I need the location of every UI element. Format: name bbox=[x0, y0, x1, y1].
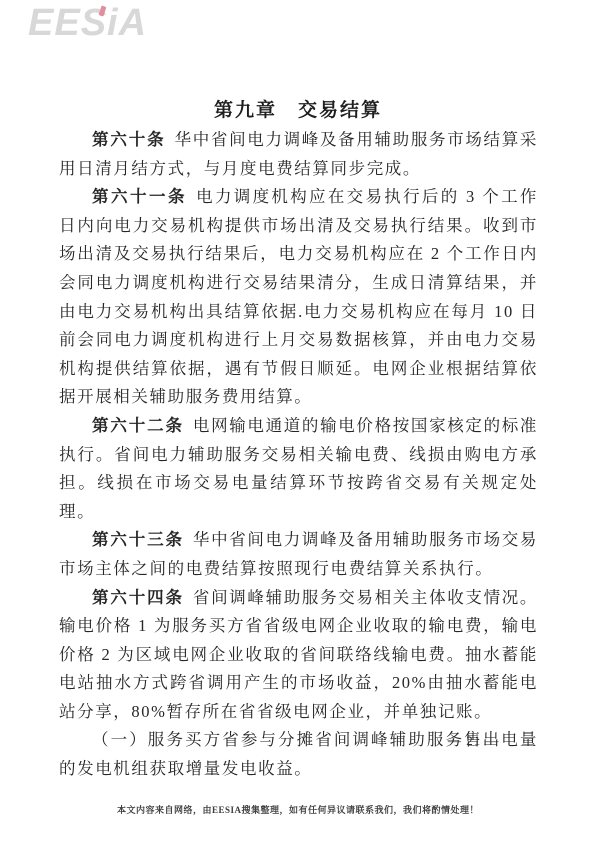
article-text: 电力调度机构应在交易执行后的 3 个工作日内向电力交易机构提供市场出清及交易执行… bbox=[59, 187, 538, 406]
article-lead: 第六十二条 bbox=[92, 416, 184, 435]
article-paragraph: 第六十一条电力调度机构应在交易执行后的 3 个工作日内向电力交易机构提供市场出清… bbox=[59, 183, 538, 412]
article-paragraph: 第六十四条省间调峰辅助服务交易相关主体收支情况。输电价格 1 为服务买方省省级电… bbox=[59, 584, 538, 727]
article-lead: 第六十条 bbox=[92, 130, 166, 149]
document-page: EESiA 第九章 交易结算 第六十条华中省间电力调峰及备用辅助服务市场结算采用… bbox=[0, 0, 596, 842]
article-paragraph: 第六十二条电网输电通道的输电价格按国家核定的标准执行。省间电力辅助服务交易相关输… bbox=[59, 412, 538, 526]
article-paragraph: 第六十三条华中省间电力调峰及备用辅助服务市场交易市场主体之间的电费结算按照现行电… bbox=[59, 526, 538, 583]
page-number: — 21 — bbox=[448, 733, 500, 749]
article-lead: 第六十一条 bbox=[92, 187, 187, 206]
article-lead: 第六十三条 bbox=[92, 530, 184, 549]
eesia-logo-text: EESiA bbox=[28, 2, 147, 44]
article-paragraph: 第六十条华中省间电力调峰及备用辅助服务市场结算采用日清月结方式，与月度电费结算同… bbox=[59, 126, 538, 183]
chapter-heading: 第九章 交易结算 bbox=[0, 95, 596, 122]
article-text: 省间调峰辅助服务交易相关主体收支情况。输电价格 1 为服务买方省省级电网企业收取… bbox=[59, 588, 538, 721]
eesia-watermark-logo: EESiA bbox=[28, 2, 147, 45]
article-lead: 第六十四条 bbox=[92, 588, 184, 607]
article-body: 第六十条华中省间电力调峰及备用辅助服务市场结算采用日清月结方式，与月度电费结算同… bbox=[59, 126, 538, 784]
footer-disclaimer: 本文内容来自网络，由EESIA搜集整理，如有任何异议请联系我们，我们将酌情处理！ bbox=[0, 803, 596, 816]
